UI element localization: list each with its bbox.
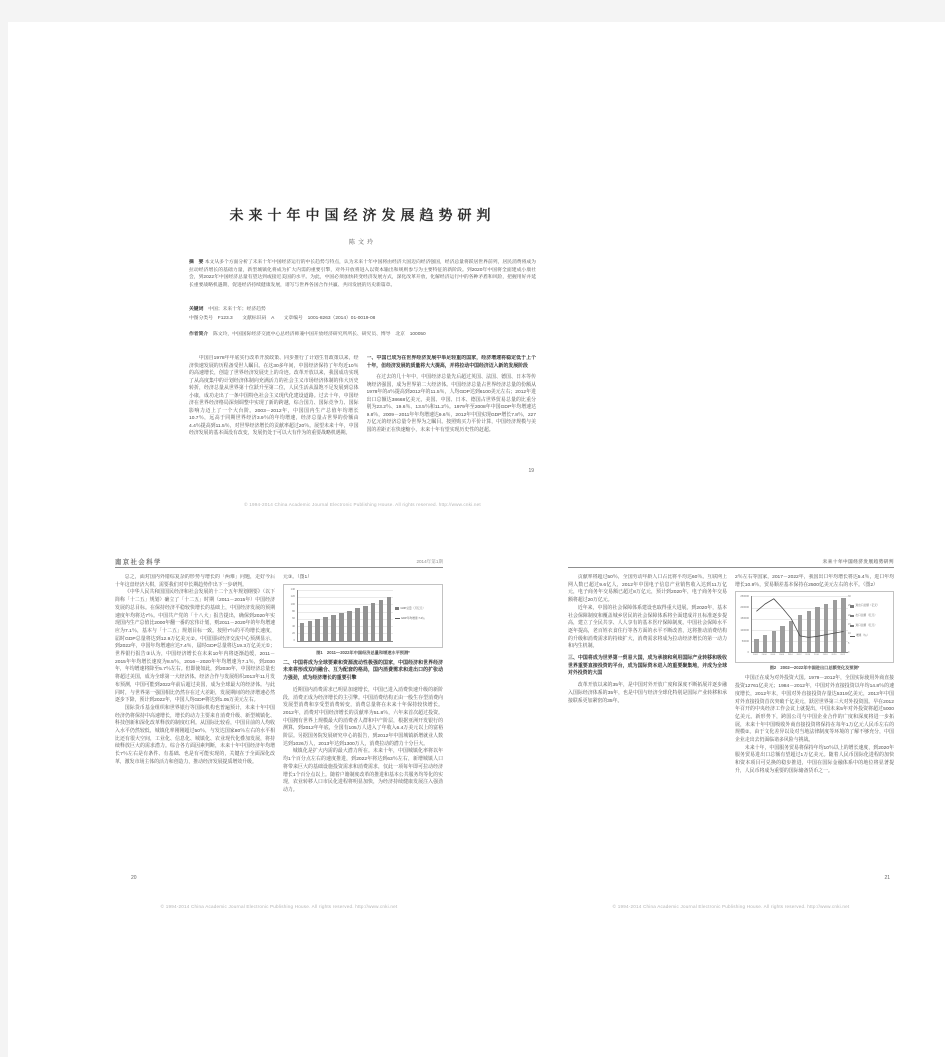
- page-19-columns: 中国自1978年年底实行改革开放政策、同步推行了计划生育政策以来，经济快速发展的…: [189, 355, 536, 483]
- page-20-scan: 南京社会科学 2014年第1期 总之，面对国内外错综复杂的形势与增长的「两难」问…: [113, 557, 445, 922]
- bio-label: 作者简介: [189, 332, 208, 337]
- page-20-right-column: 元③。（图1） 020406080100120140GDP总量（万亿元）GDP年…: [283, 574, 443, 887]
- body-paragraph: 总之，面对国内外错综复杂的形势与增长的「两难」问题，走好今后十年这盘经济大棋，需…: [115, 574, 275, 589]
- body-paragraph: 城镇化是扩大内需的最大潜力所在。未来十年，中国城镇化率将以年均1个百分点左右的速…: [283, 748, 443, 794]
- section-heading-2: 二、中国将成为全球要素和资源流动性极强的国家，中国经济和世界经济未来将形成双向融…: [283, 660, 443, 683]
- figure2-chart: 0500001000001500002000002500000510152025…: [735, 591, 894, 663]
- keywords-text: 中国；未来十年；经济趋势: [208, 307, 266, 312]
- page-21-right-paragraphs: 中国正在成为对外投资大国。1979－2012年，全国实际使用外商直接投资1276…: [735, 675, 894, 775]
- figure1-intro: 元③。（图1）: [283, 574, 443, 582]
- body-paragraph: 中国自1978年年底实行改革开放政策、同步推行了计划生育政策以来，经济快速发展的…: [189, 355, 359, 438]
- page-number-21: 21: [884, 875, 890, 881]
- scan-canvas: 未来十年中国经济发展趋势研判 陈文玲 摘 要 本文从多个方面分析了未来十年中国经…: [8, 22, 945, 1057]
- body-paragraph: 未来十年，中国服务贸易将保持年均10％以上的增长速度，到2020年服务贸易进出口…: [735, 745, 894, 776]
- running-title: 未来十年中国经济发展趋势研判: [823, 559, 894, 565]
- body-paragraph: 在过去的几十年中，中国经济总量先后超过英国、法国、德国、日本等传统经济强国，成为…: [367, 374, 537, 434]
- page-number-19: 19: [528, 468, 534, 474]
- figure2-intro: 2％左右等国家，2017－2022年，我国出口年均增长将达5.4％，进口年均增长…: [735, 574, 894, 589]
- abstract-text: 本文从多个方面分析了未来十年中国经济运行的中长趋势与特点，认为未来十年中国将由经…: [189, 260, 536, 288]
- page-20-right-paragraphs: 近期国内消费需求已明显加速增长，中国已进入消费快速升级的新阶段，消费正成为经济增…: [283, 687, 443, 795]
- page-21-scan: 未来十年中国经济发展趋势研判 贡献率将超过50％，全国劳动年龄人口占比将平均达6…: [566, 557, 896, 922]
- figure1-chart: 020406080100120140GDP总量（万亿元）GDP年均增速 7.4％: [283, 584, 443, 648]
- section-heading-1: 一、中国已成为在世界经济发展中举足轻重的国家，经济增速将稳定低于上个十年，但经济…: [367, 355, 537, 370]
- body-paragraph: 国际货币基金组织和世界银行等国际机构也普遍预计，未来十年中国经济仍将保持中高速增…: [115, 705, 275, 767]
- body-paragraph: 贡献率将超过50％，全国劳动年龄人口占比将平均达60％。互联网上网人数已超过9.…: [568, 574, 727, 605]
- author-name: 陈文玲: [189, 237, 536, 246]
- page-20-columns: 总之，面对国内外错综复杂的形势与增长的「两难」问题，走好今后十年这盘经济大棋，需…: [115, 574, 443, 887]
- page-20-header: 南京社会科学 2014年第1期: [115, 557, 443, 568]
- body-paragraph: 近年来，中国的社会保障体系建设也取得重大进展。到2020年，基本社会保障制度和覆…: [568, 605, 727, 651]
- page-19-left-column: 中国自1978年年底实行改革开放政策、同步推行了计划生育政策以来，经济快速发展的…: [189, 355, 359, 483]
- section-heading-3: 三、中国将成为世界第一贸易大国，成为承接和利用国际产业转移和吸收世界重要直接投资…: [568, 655, 727, 678]
- bio-text: 陈文玲，中国国际经济交流中心总经济师兼中国开放经济研究所所长、研究员、博导 北京…: [213, 332, 426, 337]
- copyright-footer: © 1994-2014 China Academic Journal Elect…: [189, 502, 536, 507]
- body-paragraph: 中国正在成为对外投资大国。1979－2012年，全国实际使用外商直接投资1276…: [735, 675, 894, 744]
- abstract-block: 摘 要 本文从多个方面分析了未来十年中国经济运行的中长趋势与特点，认为未来十年中…: [189, 259, 536, 305]
- page-21-left-paragraphs-top: 贡献率将超过50％，全国劳动年龄人口占比将平均达60％。互联网上网人数已超过9.…: [568, 574, 727, 651]
- page-19-scan: 未来十年中国经济发展趋势研判 陈文玲 摘 要 本文从多个方面分析了未来十年中国经…: [189, 206, 536, 516]
- page-21-left-column: 贡献率将超过50％，全国劳动年龄人口占比将平均达60％。互联网上网人数已超过9.…: [568, 574, 727, 887]
- page-21-header: 未来十年中国经济发展趋势研判: [568, 557, 894, 568]
- keywords-label: 关键词: [189, 307, 203, 312]
- page-21-left-paragraphs-bottom: 改革开放以来的35年，是中国对外开放广度和深度不断拓展并逐步融入国际经济体系的3…: [568, 682, 727, 705]
- page-20-left-column: 总之，面对国内外错综复杂的形势与增长的「两难」问题，走好今后十年这盘经济大棋，需…: [115, 574, 275, 887]
- body-paragraph: 近期国内消费需求已明显加速增长，中国已进入消费快速升级的新阶段，消费正成为经济增…: [283, 687, 443, 749]
- author-bio-line: 作者简介 陈文玲，中国国际经济交流中心总经济师兼中国开放经济研究所所长、研究员、…: [189, 331, 536, 346]
- copyright-footer: © 1994-2014 China Academic Journal Elect…: [566, 904, 896, 909]
- figure1-caption: 图1 2011—2022年中国经济总量和增速水平预测*: [283, 650, 443, 656]
- scanned-document-viewer: { "footer": "© 1994-2014 China Academic …: [0, 0, 945, 1057]
- body-paragraph: 《中华人民共和国国民经济和社会发展的十二个五年规划纲要》（以下简称「十二五」规划…: [115, 589, 275, 705]
- page-number-20: 20: [131, 875, 137, 881]
- page-21-columns: 贡献率将超过50％，全国劳动年龄人口占比将平均达60％。互联网上网人数已超过9.…: [568, 574, 894, 887]
- copyright-footer: © 1994-2014 China Academic Journal Elect…: [113, 904, 445, 909]
- article-title: 未来十年中国经济发展趋势研判: [189, 206, 536, 224]
- body-paragraph: 改革开放以来的35年，是中国对外开放广度和深度不断拓展并逐步融入国际经济体系的3…: [568, 682, 727, 705]
- journal-name: 南京社会科学: [115, 557, 162, 566]
- abstract-label: 摘 要: [189, 260, 203, 265]
- page-19-right-column: 一、中国已成为在世界经济发展中举足轻重的国家，经济增速将稳定低于上个十年，但经济…: [367, 355, 537, 483]
- page-21-right-column: 2％左右等国家，2017－2022年，我国出口年均增长将达5.4％，进口年均增长…: [735, 574, 894, 887]
- issue-label: 2014年第1期: [416, 559, 443, 565]
- clc-line: 中图分类号 F123.3 文献标识码 A 文章编号 1001-8263（2014…: [189, 315, 536, 323]
- keywords-line: 关键词 中国；未来十年；经济趋势: [189, 306, 536, 314]
- figure2-caption: 图2 2002—2022年中国进出口总额变化及预测*: [735, 665, 894, 671]
